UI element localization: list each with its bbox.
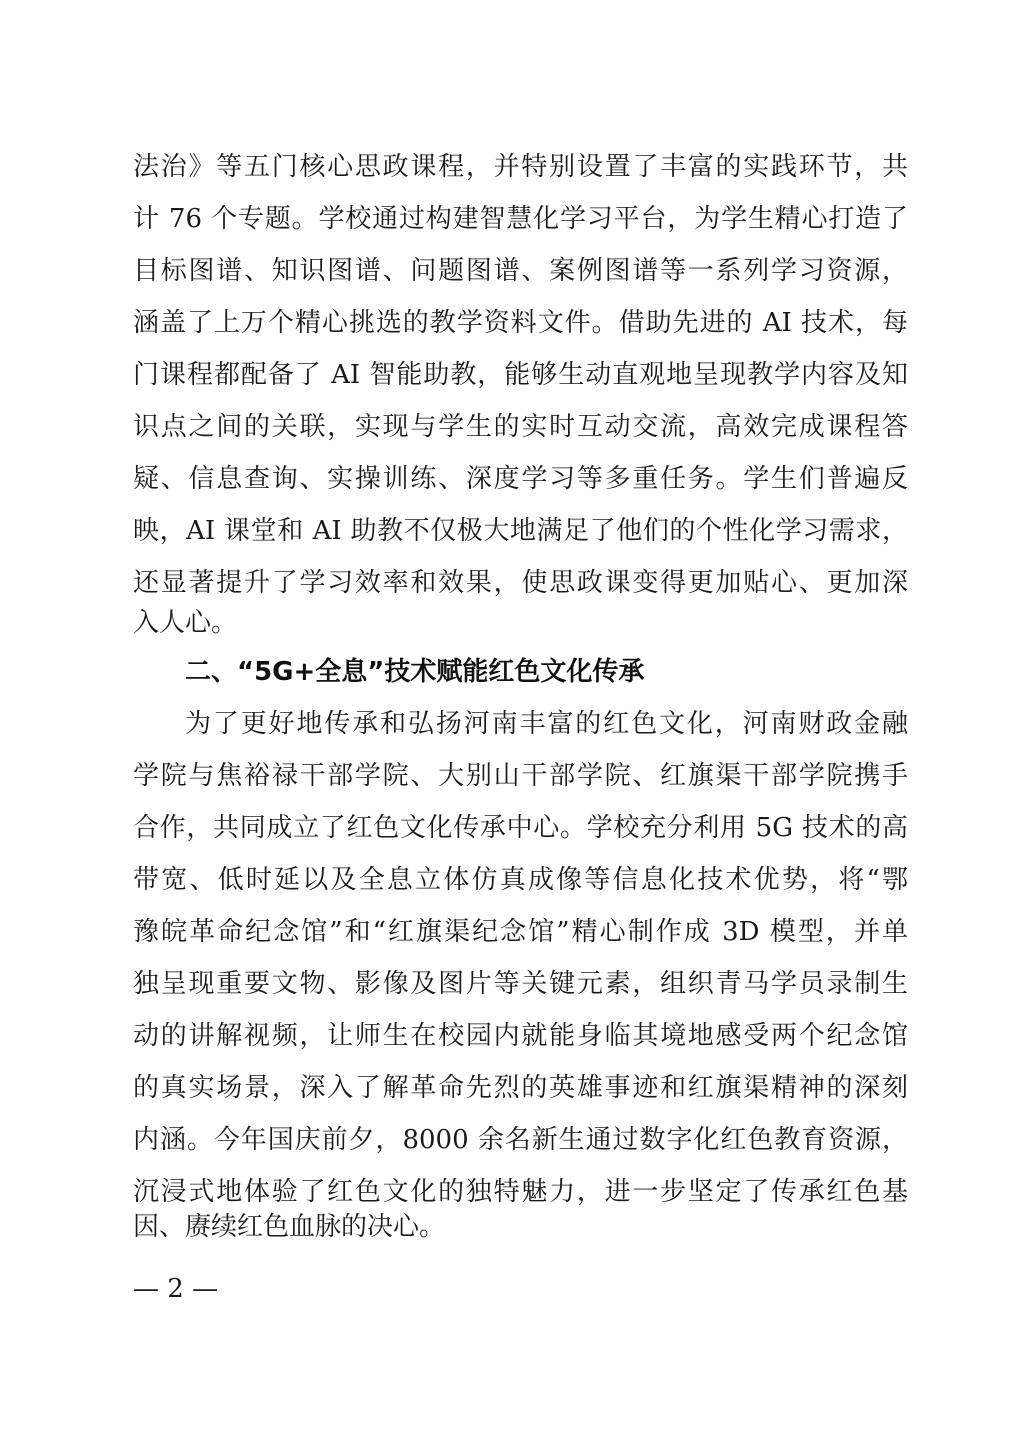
paragraph1-line: 法治》等五门核心思政课程，并特别设置了丰富的实践环节，共 (133, 150, 908, 184)
paragraph2-line: 内涵。今年国庆前夕，8000 余名新生通过数字化红色教育资源， (133, 1123, 908, 1157)
paragraph2-line: 沉浸式地体验了红色文化的独特魅力，进一步坚定了传承红色基 (133, 1175, 908, 1209)
paragraph2-line: 带宽、低时延以及全息立体仿真成像等信息化技术优势，将“鄂 (133, 863, 908, 897)
paragraph2-line: 为了更好地传承和弘扬河南丰富的红色文化，河南财政金融 (185, 707, 908, 741)
paragraph1-line: 映，AI 课堂和 AI 助教不仅极大地满足了他们的个性化学习需求， (133, 514, 908, 548)
paragraph2-line: 学院与焦裕禄干部学院、大别山干部学院、红旗渠干部学院携手 (133, 759, 908, 793)
paragraph1-line: 门课程都配备了 AI 智能助教，能够生动直观地呈现教学内容及知 (133, 358, 908, 392)
paragraph2-line: 的真实场景，深入了解革命先烈的英雄事迹和红旗渠精神的深刻 (133, 1071, 908, 1105)
paragraph2-line: 动的讲解视频，让师生在校园内就能身临其境地感受两个纪念馆 (133, 1019, 908, 1053)
paragraph1-line: 还显著提升了学习效率和效果，使思政课变得更加贴心、更加深 (133, 566, 908, 600)
paragraph2-line: 独呈现重要文物、影像及图片等关键元素，组织青马学员录制生 (133, 967, 908, 1001)
paragraph1-line: 目标图谱、知识图谱、问题图谱、案例图谱等一系列学习资源， (133, 254, 908, 288)
paragraph1-line: 识点之间的关联，实现与学生的实时互动交流，高效完成课程答 (133, 410, 908, 444)
page-number: — 2 — (133, 1272, 218, 1306)
section-heading: 二、“5G+全息”技术赋能红色文化传承 (185, 655, 644, 689)
paragraph1-line: 入人心。 (133, 606, 908, 640)
paragraph2-line: 合作，共同成立了红色文化传承中心。学校充分利用 5G 技术的高 (133, 811, 908, 845)
document-page: 法治》等五门核心思政课程，并特别设置了丰富的实践环节，共 计 76 个专题。学校… (0, 0, 1024, 1448)
paragraph1-line: 疑、信息查询、实操训练、深度学习等多重任务。学生们普遍反 (133, 462, 908, 496)
paragraph2-line: 因、赓续红色血脉的决心。 (133, 1210, 908, 1244)
paragraph2-line: 豫皖革命纪念馆”和“红旗渠纪念馆”精心制作成 3D 模型，并单 (133, 915, 908, 949)
paragraph1-line: 计 76 个专题。学校通过构建智慧化学习平台，为学生精心打造了 (133, 202, 908, 236)
paragraph1-line: 涵盖了上万个精心挑选的教学资料文件。借助先进的 AI 技术，每 (133, 306, 908, 340)
